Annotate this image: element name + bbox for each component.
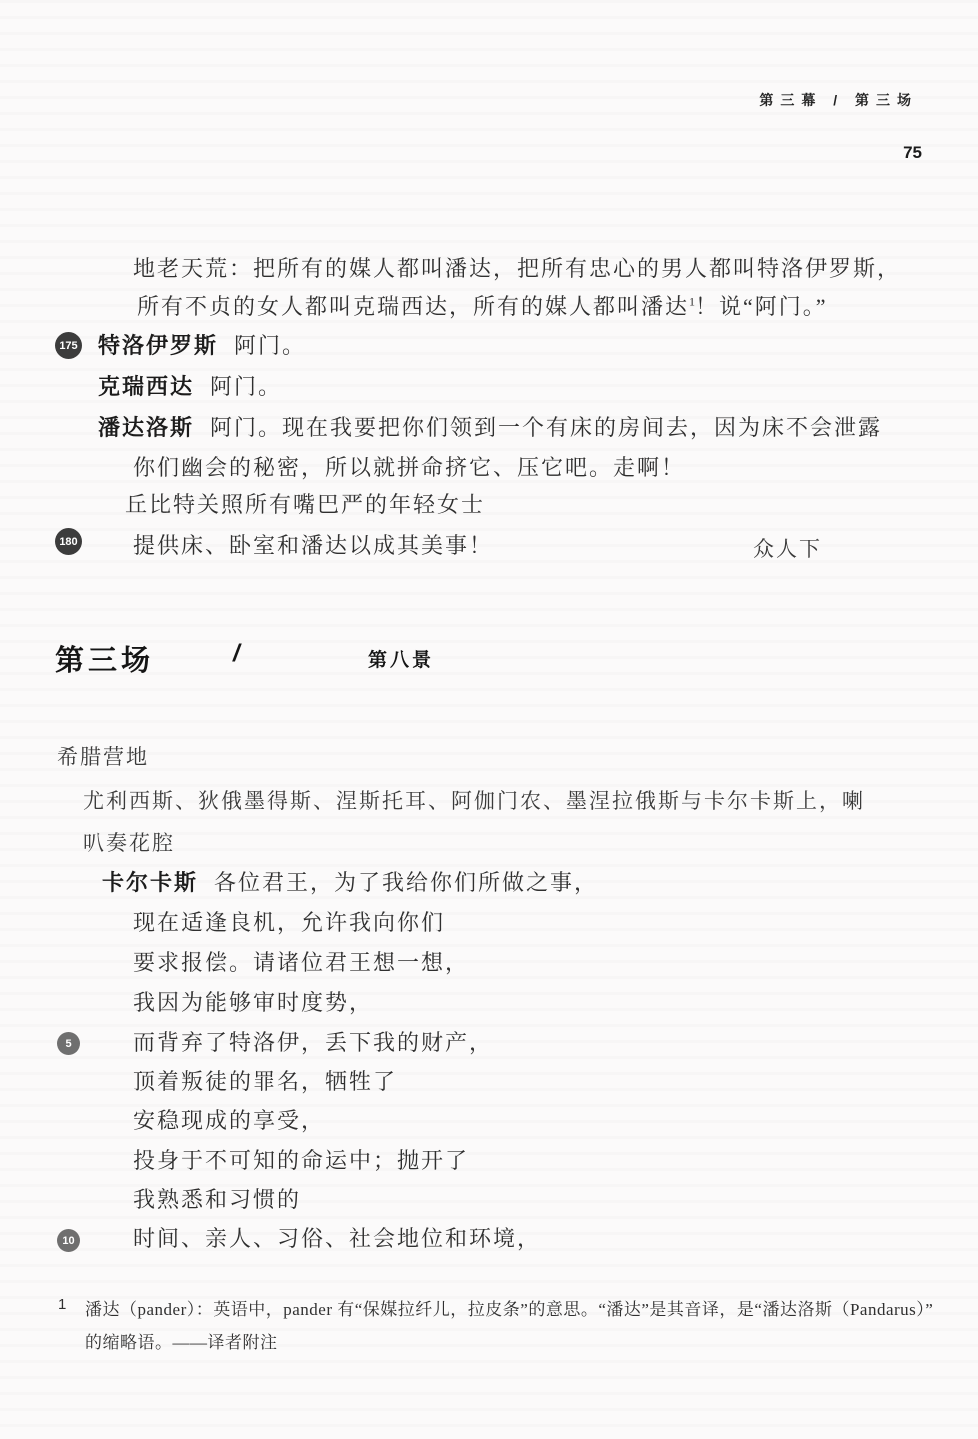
dialogue-line: 丘比特关照所有嘴巴严的年轻女士 (125, 492, 485, 518)
line-number-badge: 175 (55, 332, 82, 359)
book-page: 第三幕 / 第三场 75 地老天荒：把所有的媒人都叫潘达，把所有忠心的男人都叫特… (0, 0, 978, 1439)
dialogue-line: 卡尔卡斯各位君王，为了我给你们所做之事， (102, 870, 598, 896)
footnote-marker: 1 (58, 1296, 66, 1313)
speaker-name: 卡尔卡斯 (102, 870, 198, 895)
verse-line: 而背弃了特洛伊，丢下我的财产， (133, 1030, 493, 1056)
speech-text: 阿门。 (234, 333, 306, 358)
running-header: 第三幕 / 第三场 (759, 90, 918, 110)
speaker-name: 特洛伊罗斯 (98, 333, 218, 358)
dialogue-line: 提供床、卧室和潘达以成其美事！ (133, 533, 493, 559)
verse-line: 投身于不可知的命运中；抛开了 (133, 1148, 469, 1174)
dialogue-line: 特洛伊罗斯阿门。 (98, 333, 306, 359)
verse-line: 地老天荒：把所有的媒人都叫潘达，把所有忠心的男人都叫特洛伊罗斯， (133, 256, 901, 282)
dialogue-line: 你们幽会的秘密，所以就拼命挤它、压它吧。走啊！ (133, 455, 685, 481)
scan-texture (0, 0, 978, 1439)
speech-text: 阿门。现在我要把你们领到一个有床的房间去，因为床不会泄露 (210, 415, 882, 440)
speaker-name: 克瑞西达 (98, 374, 194, 399)
scene-subtitle: 第八景 (368, 645, 434, 672)
line-number-badge: 180 (55, 528, 82, 555)
dialogue-line: 克瑞西达阿门。 (98, 374, 282, 400)
verse-line: 所有不贞的女人都叫克瑞西达，所有的媒人都叫潘达1！说“阿门。” (137, 294, 828, 320)
verse-line: 时间、亲人、习俗、社会地位和环境， (133, 1226, 541, 1252)
verse-line: 现在适逢良机，允许我向你们 (133, 910, 445, 936)
footnote-line: 潘达（pander）：英语中，pander 有“保媒拉纤儿，拉皮条”的意思。“潘… (85, 1295, 933, 1320)
verse-text: ！说“阿门。” (695, 294, 828, 319)
line-number-badge: 5 (57, 1032, 80, 1055)
line-number-badge: 10 (57, 1229, 80, 1252)
verse-line: 我因为能够审时度势， (133, 990, 373, 1016)
verse-line: 我熟悉和习惯的 (133, 1187, 301, 1213)
footnote-line: 的缩略语。——译者附注 (85, 1328, 278, 1353)
location-direction: 希腊营地 (57, 745, 149, 770)
verse-line: 安稳现成的享受， (133, 1108, 325, 1134)
verse-line: 要求报偿。请诸位君王想一想， (133, 950, 469, 976)
page-number: 75 (903, 143, 922, 163)
speech-text: 阿门。 (210, 374, 282, 399)
verse-text: 所有不贞的女人都叫克瑞西达，所有的媒人都叫潘达 (137, 294, 689, 319)
stage-direction: 叭奏花腔 (83, 831, 175, 856)
verse-line: 顶着叛徒的罪名，牺牲了 (133, 1069, 397, 1095)
dialogue-line: 潘达洛斯阿门。现在我要把你们领到一个有床的房间去，因为床不会泄露 (98, 415, 882, 441)
scene-title-separator: / (233, 640, 240, 668)
scene-title: 第三场 (55, 638, 154, 679)
speech-text: 各位君王，为了我给你们所做之事， (214, 870, 598, 895)
stage-exit-direction: 众人下 (753, 533, 822, 563)
stage-direction: 尤利西斯、狄俄墨得斯、涅斯托耳、阿伽门农、墨涅拉俄斯与卡尔卡斯上，喇 (83, 789, 865, 814)
speaker-name: 潘达洛斯 (98, 415, 194, 440)
